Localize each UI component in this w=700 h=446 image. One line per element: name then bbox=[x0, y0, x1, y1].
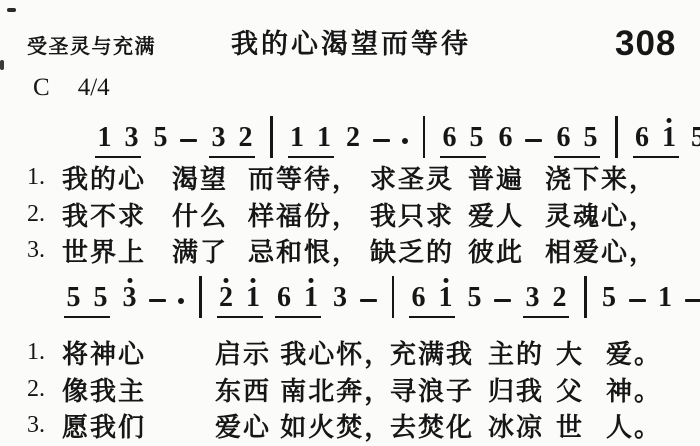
note: 3 bbox=[124, 124, 139, 156]
lyric-cell: 充满我 bbox=[390, 334, 488, 371]
lyric-cell: 爱人 bbox=[468, 196, 545, 233]
note: 6 bbox=[556, 124, 571, 156]
note: 3 bbox=[122, 284, 137, 318]
note: 1 bbox=[662, 124, 677, 156]
duration-dash bbox=[494, 299, 511, 302]
lyric-cell: 将神心 bbox=[62, 334, 215, 371]
beamed-note-group: 61 bbox=[633, 124, 679, 158]
lyric-cell: 普遍 bbox=[468, 159, 545, 196]
note: 1 bbox=[290, 124, 305, 156]
lyric-cell: 满了 bbox=[172, 232, 248, 269]
music-token: 5 bbox=[467, 284, 482, 318]
music-token: 5 bbox=[691, 124, 700, 158]
note-number: 6 bbox=[412, 284, 426, 312]
beamed-note-group: 32 bbox=[523, 284, 569, 318]
lyric-cell: 浇下来， bbox=[545, 159, 700, 196]
high-octave-dot bbox=[127, 278, 132, 283]
note: 1 bbox=[246, 284, 261, 316]
note-number: 2 bbox=[553, 284, 567, 312]
lyric-cell: 东西 南北奔， bbox=[215, 371, 390, 408]
duration-dash bbox=[685, 299, 700, 302]
high-octave-dot bbox=[667, 118, 672, 123]
note: 3 bbox=[211, 124, 226, 156]
note-number: 6 bbox=[443, 124, 457, 152]
verse-row: 2.像我主东西 南北奔，寻浪子归我父神。 bbox=[0, 371, 700, 408]
verse-row: 3.愿我们爱心 如火焚，去焚化冰凉世人。 bbox=[0, 407, 700, 444]
verse-number: 2. bbox=[27, 376, 62, 403]
barline bbox=[392, 276, 395, 318]
beamed-note-group: 65 bbox=[554, 124, 600, 158]
duration-dash bbox=[525, 139, 542, 142]
lyric-cell: 什么 bbox=[172, 196, 248, 233]
scan-artifact bbox=[0, 60, 4, 70]
verse-block-top: 1.我的心渴望而等待，求圣灵普遍浇下来，2.我不求什么样福份，我只求爱人灵魂心，… bbox=[0, 159, 700, 269]
music-token: 3 bbox=[122, 284, 137, 318]
lyric-cell: 灵魂心， bbox=[545, 196, 700, 233]
note: 5 bbox=[467, 284, 482, 318]
note-number: 5 bbox=[602, 284, 616, 312]
note-number: 5 bbox=[94, 284, 108, 312]
note: 2 bbox=[219, 284, 234, 316]
note-number: 1 bbox=[98, 124, 112, 152]
scan-artifact bbox=[7, 8, 16, 12]
music-token bbox=[494, 299, 511, 318]
music-token: 13 bbox=[95, 124, 141, 158]
verse-number: 1. bbox=[27, 339, 62, 366]
high-octave-dot bbox=[309, 278, 314, 283]
note: 5 bbox=[602, 284, 617, 318]
lyric-cell: 世 bbox=[556, 407, 606, 444]
music-token: 2 bbox=[346, 124, 361, 158]
note-number: 5 bbox=[470, 124, 484, 152]
lyric-cell: 主的 bbox=[488, 334, 556, 371]
music-token: 1 bbox=[658, 284, 673, 318]
music-token: 61 bbox=[633, 124, 679, 158]
note: 2 bbox=[346, 124, 361, 158]
lyric-cell: 世界上 bbox=[62, 232, 172, 269]
lyric-cell: 爱。 bbox=[606, 334, 700, 371]
note-number: 5 bbox=[154, 124, 168, 152]
augmentation-dot bbox=[402, 138, 408, 144]
section-caption: 受圣灵与充满 bbox=[27, 30, 156, 59]
duration-dash bbox=[629, 299, 646, 302]
note-number: 1 bbox=[290, 124, 304, 152]
note: 5 bbox=[469, 124, 484, 156]
hymn-title: 我的心渴望而等待 bbox=[231, 22, 471, 61]
note: 6 bbox=[442, 124, 457, 156]
duration-dash bbox=[360, 299, 377, 302]
note-number: 6 bbox=[635, 124, 649, 152]
barline bbox=[584, 276, 587, 318]
note: 1 bbox=[97, 124, 112, 156]
lyric-cell: 父 bbox=[556, 371, 606, 408]
verse-row: 3.世界上满了忌和恨，缺乏的彼此相爱心， bbox=[0, 232, 700, 269]
high-octave-dot bbox=[251, 278, 256, 283]
beamed-note-group: 61 bbox=[275, 284, 321, 318]
note: 5 bbox=[583, 124, 598, 156]
hymn-number: 308 bbox=[615, 24, 676, 64]
note: 6 bbox=[498, 124, 513, 158]
note: 1 bbox=[658, 284, 673, 318]
beamed-note-group: 61 bbox=[409, 284, 455, 318]
lyric-cell: 愿我们 bbox=[62, 407, 215, 444]
verse-number: 2. bbox=[27, 201, 62, 228]
lyric-cell: 忌和恨， bbox=[248, 232, 370, 269]
music-token bbox=[420, 116, 429, 158]
music-token: 55 bbox=[64, 284, 110, 318]
high-octave-dot bbox=[443, 278, 448, 283]
music-line-2: 553216136153251 bbox=[64, 266, 700, 318]
note: 2 bbox=[238, 124, 253, 156]
note-number: 6 bbox=[277, 284, 291, 312]
lyric-cell: 我不求 bbox=[62, 196, 172, 233]
note-number: 3 bbox=[125, 124, 139, 152]
barline bbox=[199, 276, 202, 318]
lyric-cell: 人。 bbox=[606, 407, 700, 444]
lyric-cell: 神。 bbox=[606, 371, 700, 408]
lyric-cell: 去焚化 bbox=[390, 407, 488, 444]
note-number: 1 bbox=[317, 124, 331, 152]
note: 2 bbox=[552, 284, 567, 316]
beamed-note-group: 32 bbox=[209, 124, 255, 158]
music-token: 6 bbox=[498, 124, 513, 158]
music-token bbox=[360, 299, 377, 318]
augmentation-dot bbox=[178, 298, 184, 304]
verse-block-bottom: 1.将神心启示 我心怀，充满我主的大爱。2.像我主东西 南北奔，寻浪子归我父神。… bbox=[0, 334, 700, 444]
note-number: 2 bbox=[239, 124, 253, 152]
barline bbox=[615, 116, 618, 158]
duration-dash bbox=[373, 139, 390, 142]
music-token bbox=[180, 139, 197, 158]
key-signature: C 4/4 bbox=[33, 74, 110, 102]
music-token: 32 bbox=[209, 124, 255, 158]
music-token: 21 bbox=[217, 284, 263, 318]
music-token bbox=[267, 116, 276, 158]
lyric-cell: 相爱心， bbox=[545, 232, 700, 269]
note: 3 bbox=[525, 284, 540, 316]
barline bbox=[270, 116, 273, 158]
note-number: 5 bbox=[691, 124, 700, 152]
note-number: 3 bbox=[526, 284, 540, 312]
music-token: 65 bbox=[554, 124, 600, 158]
lyric-cell: 而等待， bbox=[248, 159, 370, 196]
music-token: 65 bbox=[440, 124, 486, 158]
note-number: 2 bbox=[219, 284, 233, 312]
note: 3 bbox=[333, 284, 348, 318]
duration-dash bbox=[149, 299, 166, 302]
music-token: 5 bbox=[602, 284, 617, 318]
note: 5 bbox=[153, 124, 168, 158]
music-token: 32 bbox=[523, 284, 569, 318]
music-token bbox=[389, 276, 398, 318]
music-token bbox=[612, 116, 621, 158]
key-letter: C bbox=[33, 74, 50, 102]
time-signature: 4/4 bbox=[78, 74, 110, 102]
note-number: 1 bbox=[662, 124, 676, 152]
music-token bbox=[402, 138, 408, 158]
beamed-note-group: 13 bbox=[95, 124, 141, 158]
music-token bbox=[149, 299, 166, 318]
lyric-cell: 大 bbox=[556, 334, 606, 371]
note: 5 bbox=[66, 284, 81, 316]
lyric-cell: 求圣灵 bbox=[370, 159, 468, 196]
hymn-sheet-page: 受圣灵与充满 我的心渴望而等待 308 C 4/4 13532112656656… bbox=[0, 0, 700, 446]
note: 1 bbox=[438, 284, 453, 316]
note: 5 bbox=[93, 284, 108, 316]
verse-row: 1.我的心渴望而等待，求圣灵普遍浇下来， bbox=[0, 159, 700, 196]
note: 6 bbox=[411, 284, 426, 316]
music-token bbox=[629, 299, 646, 318]
verse-number: 3. bbox=[27, 237, 62, 264]
music-token bbox=[525, 139, 542, 158]
note: 5 bbox=[691, 124, 700, 158]
note-number: 1 bbox=[304, 284, 318, 312]
beamed-note-group: 55 bbox=[64, 284, 110, 318]
lyric-cell: 像我主 bbox=[62, 371, 215, 408]
music-token: 61 bbox=[409, 284, 455, 318]
music-token: 61 bbox=[275, 284, 321, 318]
lyric-cell: 渴望 bbox=[172, 159, 248, 196]
lyric-cell: 冰凉 bbox=[488, 407, 556, 444]
music-token: 11 bbox=[288, 124, 334, 158]
lyric-cell: 样福份， bbox=[248, 196, 370, 233]
music-token bbox=[178, 298, 184, 318]
verse-row: 1.将神心启示 我心怀，充满我主的大爱。 bbox=[0, 334, 700, 371]
note-number: 5 bbox=[584, 124, 598, 152]
lyric-cell: 我只求 bbox=[370, 196, 468, 233]
note-number: 1 bbox=[658, 284, 672, 312]
note-number: 6 bbox=[557, 124, 571, 152]
lyric-cell: 寻浪子 bbox=[390, 371, 488, 408]
music-line-1: 1353211265665615 bbox=[95, 106, 700, 158]
verse-number: 1. bbox=[27, 164, 62, 191]
note: 6 bbox=[635, 124, 650, 156]
note-number: 5 bbox=[468, 284, 482, 312]
note-number: 1 bbox=[439, 284, 453, 312]
music-token: 5 bbox=[153, 124, 168, 158]
music-token: 3 bbox=[333, 284, 348, 318]
lyric-cell: 缺乏的 bbox=[370, 232, 468, 269]
verse-row: 2.我不求什么样福份，我只求爱人灵魂心， bbox=[0, 196, 700, 233]
high-octave-dot bbox=[224, 278, 229, 283]
note-number: 2 bbox=[346, 124, 360, 152]
note-number: 5 bbox=[67, 284, 81, 312]
note-number: 3 bbox=[123, 284, 137, 312]
beamed-note-group: 65 bbox=[440, 124, 486, 158]
note-number: 3 bbox=[333, 284, 347, 312]
lyric-cell: 归我 bbox=[488, 371, 556, 408]
music-token bbox=[373, 139, 390, 158]
music-token bbox=[196, 276, 205, 318]
beamed-note-group: 21 bbox=[217, 284, 263, 318]
beamed-note-group: 11 bbox=[288, 124, 334, 158]
note: 1 bbox=[317, 124, 332, 156]
duration-dash bbox=[180, 139, 197, 142]
note: 1 bbox=[304, 284, 319, 316]
note-number: 3 bbox=[212, 124, 226, 152]
verse-number: 3. bbox=[27, 412, 62, 439]
lyric-cell: 我的心 bbox=[62, 159, 172, 196]
note-number: 1 bbox=[246, 284, 260, 312]
music-token bbox=[581, 276, 590, 318]
lyric-cell: 爱心 如火焚， bbox=[215, 407, 390, 444]
note-number: 6 bbox=[499, 124, 513, 152]
note: 6 bbox=[277, 284, 292, 316]
barline bbox=[423, 116, 426, 158]
lyric-cell: 启示 我心怀， bbox=[215, 334, 390, 371]
lyric-cell: 彼此 bbox=[468, 232, 545, 269]
music-token bbox=[685, 299, 700, 318]
